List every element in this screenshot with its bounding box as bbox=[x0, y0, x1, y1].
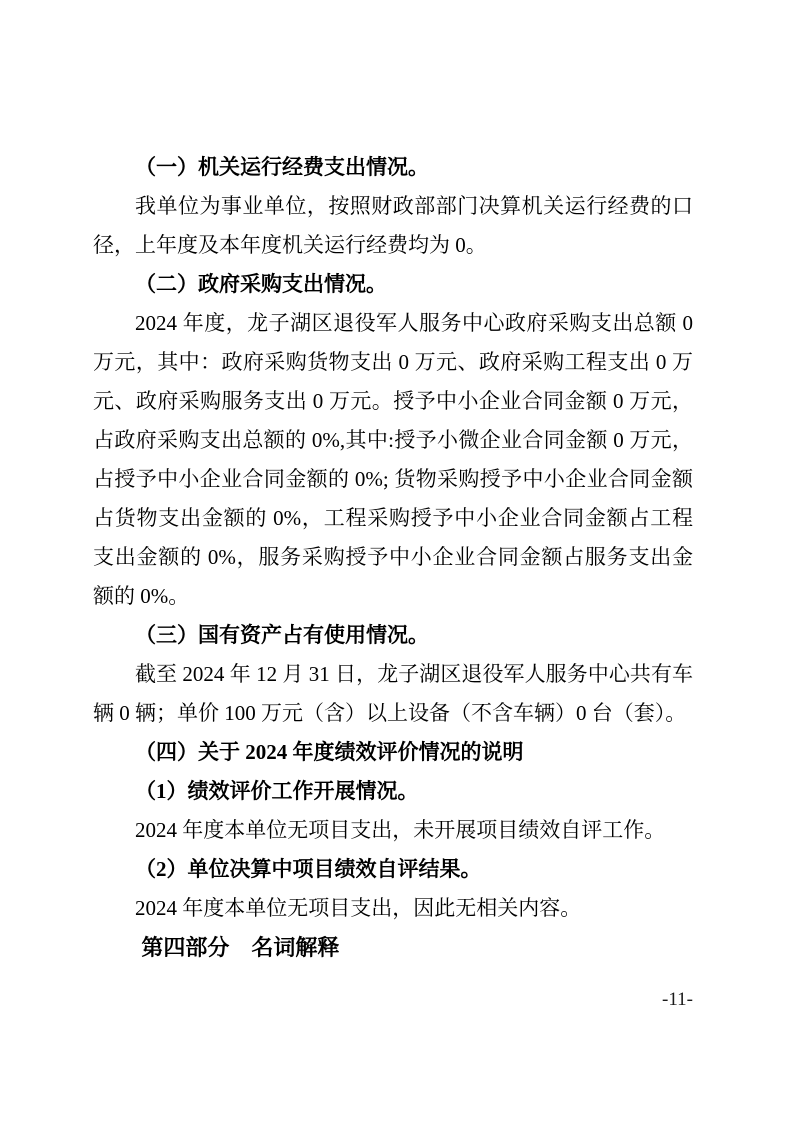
part-four-title: 第四部分 名词解释 bbox=[93, 928, 693, 967]
subheading-performance-2: （2）单位决算中项目绩效自评结果。 bbox=[93, 850, 693, 889]
paragraph-state-assets: 截至 2024 年 12 月 31 日，龙子湖区退役军人服务中心共有车辆 0 辆… bbox=[93, 655, 693, 733]
page-number: -11- bbox=[662, 988, 693, 1012]
paragraph-performance-2: 2024 年度本单位无项目支出，因此无相关内容。 bbox=[93, 889, 693, 928]
paragraph-agency-expense: 我单位为事业单位，按照财政部部门决算机关运行经费的口径，上年度及本年度机关运行经… bbox=[93, 187, 693, 265]
section-heading-2: （二）政府采购支出情况。 bbox=[93, 265, 693, 304]
paragraph-performance-1: 2024 年度本单位无项目支出，未开展项目绩效自评工作。 bbox=[93, 811, 693, 850]
document-body: （一）机关运行经费支出情况。 我单位为事业单位，按照财政部部门决算机关运行经费的… bbox=[93, 148, 693, 967]
paragraph-procurement: 2024 年度，龙子湖区退役军人服务中心政府采购支出总额 0 万元，其中：政府采… bbox=[93, 304, 693, 616]
section-heading-4: （四）关于 2024 年度绩效评价情况的说明 bbox=[93, 733, 693, 772]
section-heading-3: （三）国有资产占有使用情况。 bbox=[93, 616, 693, 655]
section-heading-1: （一）机关运行经费支出情况。 bbox=[93, 148, 693, 187]
subheading-performance-1: （1）绩效评价工作开展情况。 bbox=[93, 772, 693, 811]
document-page: （一）机关运行经费支出情况。 我单位为事业单位，按照财政部部门决算机关运行经费的… bbox=[0, 0, 793, 1122]
